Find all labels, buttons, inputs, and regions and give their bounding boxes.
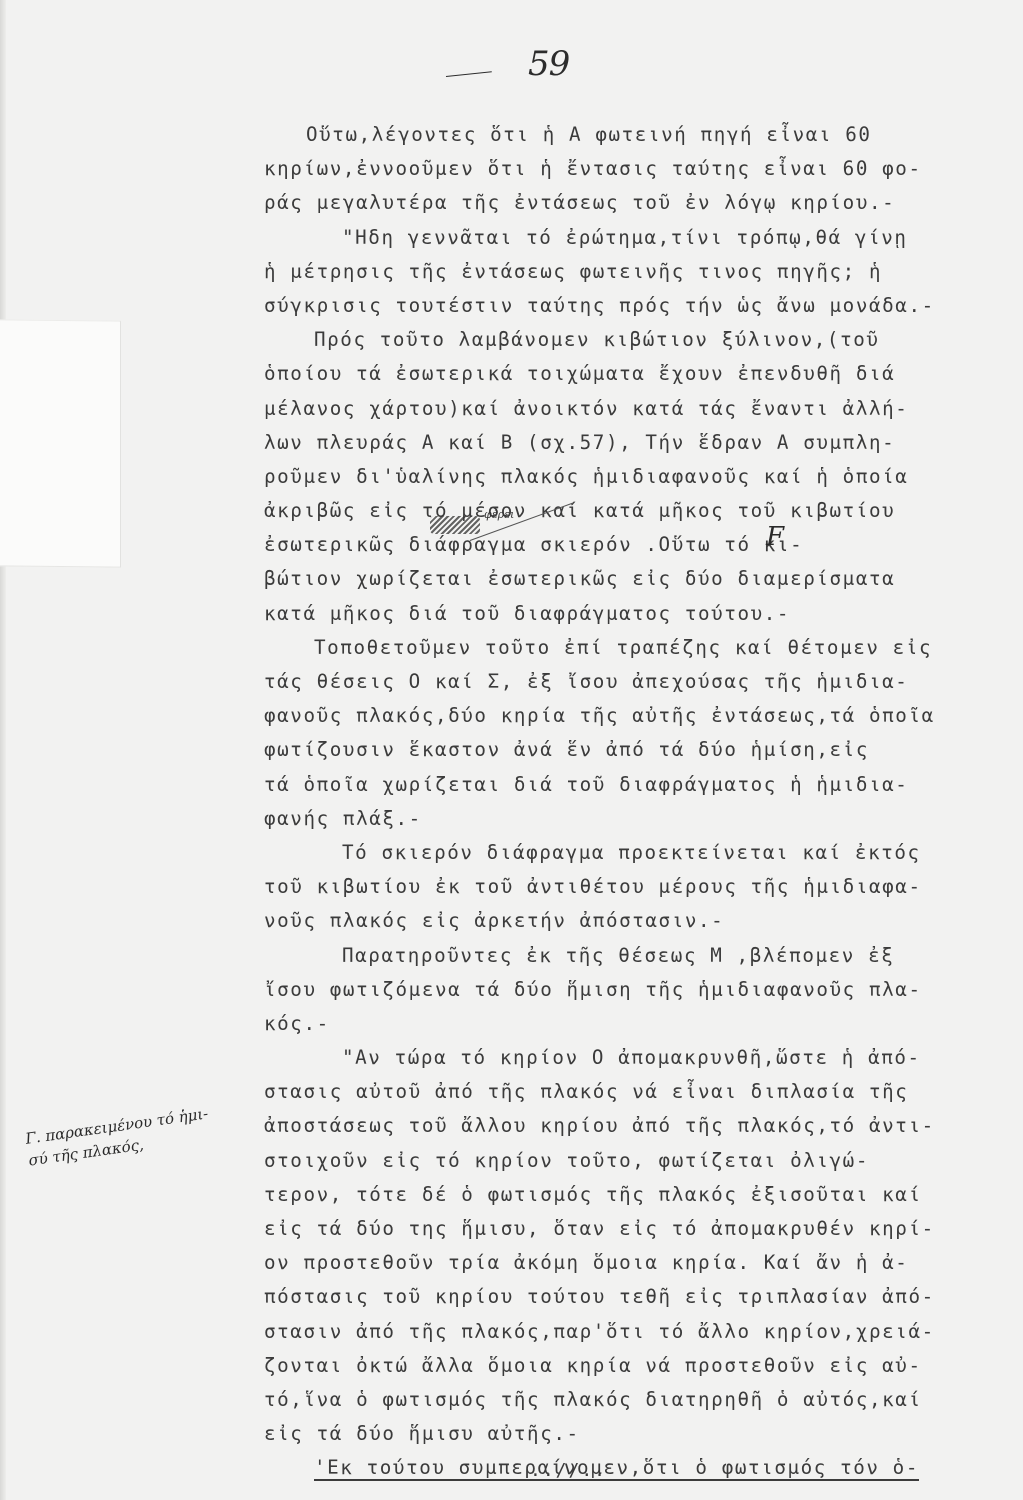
text-line-content: Παρατηροῦντες ἐκ τῆς θέσεως Μ ,βλέπομεν … <box>342 944 894 967</box>
text-line-content: νοῦς πλακός εἰς ἀρκετήν ἀπόστασιν.- <box>264 909 724 932</box>
page-binding-edge <box>0 0 6 1500</box>
text-line: κατά μῆκος διά τοῦ διαφράγματος τούτου.- <box>264 597 1004 631</box>
text-line: Οὕτω,λέγοντες ὅτι ἡ Α φωτεινή πηγή εἶναι… <box>264 118 1004 152</box>
text-line: 'Εκ τούτου συμπεραίνομεν,ὅτι ὁ φωτισμός … <box>264 1451 1004 1485</box>
text-line: νοῦς πλακός εἰς ἀρκετήν ἀπόστασιν.- <box>264 904 1004 938</box>
text-line-content: κατά μῆκος διά τοῦ διαφράγματος τούτου.- <box>264 602 790 625</box>
page-number: 59 <box>528 44 569 84</box>
text-line: βώτιον χωρίζεται ἐσωτερικῶς εἰς δύο διαμ… <box>264 562 1004 596</box>
text-line-content: ὁποίου τά ἐσωτερικά τοιχώματα ἔχουν ἐπεν… <box>264 362 895 385</box>
text-line-content: ράς μεγαλυτέρα τῆς ἐντάσεως τοῦ ἐν λόγῳ … <box>264 191 895 214</box>
text-line-content: ἡ μέτρησις τῆς ἐντάσεως φωτεινῆς τινος π… <box>264 260 882 283</box>
text-line: σύγκρισις τουτέστιν ταύτης πρός τήν ὡς ἄ… <box>264 289 1004 323</box>
text-line: ὁποίου τά ἐσωτερικά τοιχώματα ἔχουν ἐπεν… <box>264 357 1004 391</box>
text-line: φανής πλάξ.- <box>264 802 1004 836</box>
typewritten-body: Οὕτω,λέγοντες ὅτι ἡ Α φωτεινή πηγή εἶναι… <box>264 118 1004 1486</box>
text-line: ἡ μέτρησις τῆς ἐντάσεως φωτεινῆς τινος π… <box>264 255 1004 289</box>
text-line: στοιχοῦν εἰς τό κηρίον τοῦτο, φωτίζεται … <box>264 1144 1004 1178</box>
text-line: μέλανος χάρτου)καί ἀνοικτόν κατά τάς ἔνα… <box>264 392 1004 426</box>
text-line: Τοποθετοῦμεν τοῦτο ἐπί τραπέζης καί θέτο… <box>264 631 1004 665</box>
text-line-content: τά ὁποῖα χωρίζεται διά τοῦ διαφράγματος … <box>264 773 908 796</box>
text-line-content: ον προστεθοῦν τρία ἀκόμη ὅμοια κηρία. Κα… <box>264 1251 908 1274</box>
crossed-out-word <box>430 516 480 534</box>
text-line: τοῦ κιβωτίου ἐκ τοῦ ἀντιθέτου μέρους τῆς… <box>264 870 1004 904</box>
text-line-content: πόστασις τοῦ κηρίου τούτου τεθῆ εἰς τριπ… <box>264 1285 935 1308</box>
text-line-content: βώτιον χωρίζεται ἐσωτερικῶς εἰς δύο διαμ… <box>264 567 895 590</box>
attached-paper-tab <box>0 319 121 567</box>
handwritten-diaphragm-label: F <box>766 522 784 552</box>
text-line-content: Τοποθετοῦμεν τοῦτο ἐπί τραπέζης καί θέτο… <box>314 636 932 659</box>
handwritten-insertion: φέρει <box>484 508 514 521</box>
text-line-content: φανής πλάξ.- <box>264 807 422 830</box>
text-line-content: στοιχοῦν εἰς τό κηρίον τοῦτο, φωτίζεται … <box>264 1149 869 1172</box>
text-line: "Ηδη γεννᾶται τό ἐρώτημα,τίνι τρόπῳ,θά γ… <box>264 221 1004 255</box>
text-line: κός.- <box>264 1007 1004 1041</box>
text-line: ἀποστάσεως τοῦ ἄλλου κηρίου ἀπό τῆς πλακ… <box>264 1109 1004 1143</box>
text-line-content: μέλανος χάρτου)καί ἀνοικτόν κατά τάς ἔνα… <box>264 397 908 420</box>
text-line: φανοῦς πλακός,δύο κηρία τῆς αὐτῆς ἐντάσε… <box>264 699 1004 733</box>
text-line: Τό σκιερόν διάφραγμα προεκτείνεται καί ἐ… <box>264 836 1004 870</box>
text-line: ἐσωτερικῶς διάφραγμα σκιερόν .Οὕτω τό κι… <box>264 528 1004 562</box>
text-line: "Αν τώρα τό κηρίον Ο ἀπομακρυνθῆ,ὥστε ἡ … <box>264 1041 1004 1075</box>
text-line-content: ἀκριβῶς εἰς τό μέσον καί κατά μῆκος τοῦ … <box>264 499 895 522</box>
text-line: κηρίων,ἐννοοῦμεν ὅτι ἡ ἔντασις ταύτης εἶ… <box>264 152 1004 186</box>
text-line: πόστασις τοῦ κηρίου τούτου τεθῆ εἰς τριπ… <box>264 1280 1004 1314</box>
continuation-mark: ..//.. <box>530 1460 607 1481</box>
text-line: ον προστεθοῦν τρία ἀκόμη ὅμοια κηρία. Κα… <box>264 1246 1004 1280</box>
text-line: στασιν ἀπό τῆς πλακός,παρ'ὅτι τό ἄλλο κη… <box>264 1315 1004 1349</box>
text-line: λων πλευράς Α καί Β (σχ.57), Τήν ἕδραν Α… <box>264 426 1004 460</box>
text-line: τάς θέσεις Ο καί Σ, ἐξ ἴσου ἀπεχούσας τῆ… <box>264 665 1004 699</box>
text-line-content: τάς θέσεις Ο καί Σ, ἐξ ἴσου ἀπεχούσας τῆ… <box>264 670 908 693</box>
text-line-content: στασιν ἀπό τῆς πλακός,παρ'ὅτι τό ἄλλο κη… <box>264 1320 935 1343</box>
text-line: Πρός τοῦτο λαμβάνομεν κιβώτιον ξύλινον,(… <box>264 323 1004 357</box>
text-line-content: κηρίων,ἐννοοῦμεν ὅτι ἡ ἔντασις ταύτης εἶ… <box>264 157 922 180</box>
text-line-content: ἐσωτερικῶς διάφραγμα σκιερόν .Οὕτω τό κι… <box>264 533 803 556</box>
text-line-content: τερον, τότε δέ ὁ φωτισμός τῆς πλακός ἐξι… <box>264 1183 922 1206</box>
text-line-content: "Ηδη γεννᾶται τό ἐρώτημα,τίνι τρόπῳ,θά γ… <box>342 226 908 249</box>
text-line: εἰς τά δύο ἥμισυ αὐτῆς.- <box>264 1417 1004 1451</box>
text-line-content: "Αν τώρα τό κηρίον Ο ἀπομακρυνθῆ,ὥστε ἡ … <box>342 1046 921 1069</box>
text-line: ἀκριβῶς εἰς τό μέσον καί κατά μῆκος τοῦ … <box>264 494 1004 528</box>
text-line-content: φωτίζουσιν ἕκαστον ἀνά ἕν ἀπό τά δύο ἡμί… <box>264 738 869 761</box>
page-number-underline <box>446 71 492 77</box>
text-line-content: σύγκρισις τουτέστιν ταύτης πρός τήν ὡς ἄ… <box>264 294 935 317</box>
text-line: τό,ἵνα ὁ φωτισμός τῆς πλακός διατηρηθῆ ὁ… <box>264 1383 1004 1417</box>
text-line-content: φανοῦς πλακός,δύο κηρία τῆς αὐτῆς ἐντάσε… <box>264 704 935 727</box>
text-line: Παρατηροῦντες ἐκ τῆς θέσεως Μ ,βλέπομεν … <box>264 939 1004 973</box>
text-line-content: ροῦμεν δι'ὑαλίνης πλακός ἡμιδιαφανοῦς κα… <box>264 465 908 488</box>
text-line: ράς μεγαλυτέρα τῆς ἐντάσεως τοῦ ἐν λόγῳ … <box>264 186 1004 220</box>
handwritten-margin-note: Γ. παρακειμένου τό ἡμι- σύ τῆς πλακός, <box>24 1102 213 1171</box>
text-line: τά ὁποῖα χωρίζεται διά τοῦ διαφράγματος … <box>264 768 1004 802</box>
text-line: τερον, τότε δέ ὁ φωτισμός τῆς πλακός ἐξι… <box>264 1178 1004 1212</box>
text-line-content: τοῦ κιβωτίου ἐκ τοῦ ἀντιθέτου μέρους τῆς… <box>264 875 922 898</box>
text-line-content: εἰς τά δύο της ἥμισυ, ὅταν εἰς τό ἀπομακ… <box>264 1217 935 1240</box>
text-line-content: Πρός τοῦτο λαμβάνομεν κιβώτιον ξύλινον,(… <box>314 328 880 351</box>
text-line: ἴσου φωτιζόμενα τά δύο ἥμιση τῆς ἡμιδιαφ… <box>264 973 1004 1007</box>
text-line: φωτίζουσιν ἕκαστον ἀνά ἕν ἀπό τά δύο ἡμί… <box>264 733 1004 767</box>
text-line-content: ἴσου φωτιζόμενα τά δύο ἥμιση τῆς ἡμιδιαφ… <box>264 978 922 1001</box>
text-line: ζονται ὀκτώ ἄλλα ὅμοια κηρία νά προστεθο… <box>264 1349 1004 1383</box>
text-line-content: εἰς τά δύο ἥμισυ αὐτῆς.- <box>264 1422 580 1445</box>
text-line-content: κός.- <box>264 1012 330 1035</box>
text-line-content: στασις αὐτοῦ ἀπό τῆς πλακός νά εἶναι διπ… <box>264 1080 908 1103</box>
text-line-content: Τό σκιερόν διάφραγμα προεκτείνεται καί ἐ… <box>342 841 921 864</box>
text-line-content: λων πλευράς Α καί Β (σχ.57), Τήν ἕδραν Α… <box>264 431 895 454</box>
text-line-content: 'Εκ τούτου συμπεραίνομεν,ὅτι ὁ φωτισμός … <box>314 1456 919 1479</box>
text-line-content: τό,ἵνα ὁ φωτισμός τῆς πλακός διατηρηθῆ ὁ… <box>264 1388 922 1411</box>
text-line-content: Οὕτω,λέγοντες ὅτι ἡ Α φωτεινή πηγή εἶναι… <box>306 123 872 146</box>
text-line-content: ἀποστάσεως τοῦ ἄλλου κηρίου ἀπό τῆς πλακ… <box>264 1114 935 1137</box>
text-line: εἰς τά δύο της ἥμισυ, ὅταν εἰς τό ἀπομακ… <box>264 1212 1004 1246</box>
text-line: στασις αὐτοῦ ἀπό τῆς πλακός νά εἶναι διπ… <box>264 1075 1004 1109</box>
text-line: ροῦμεν δι'ὑαλίνης πλακός ἡμιδιαφανοῦς κα… <box>264 460 1004 494</box>
text-line-content: ζονται ὀκτώ ἄλλα ὅμοια κηρία νά προστεθο… <box>264 1354 922 1377</box>
